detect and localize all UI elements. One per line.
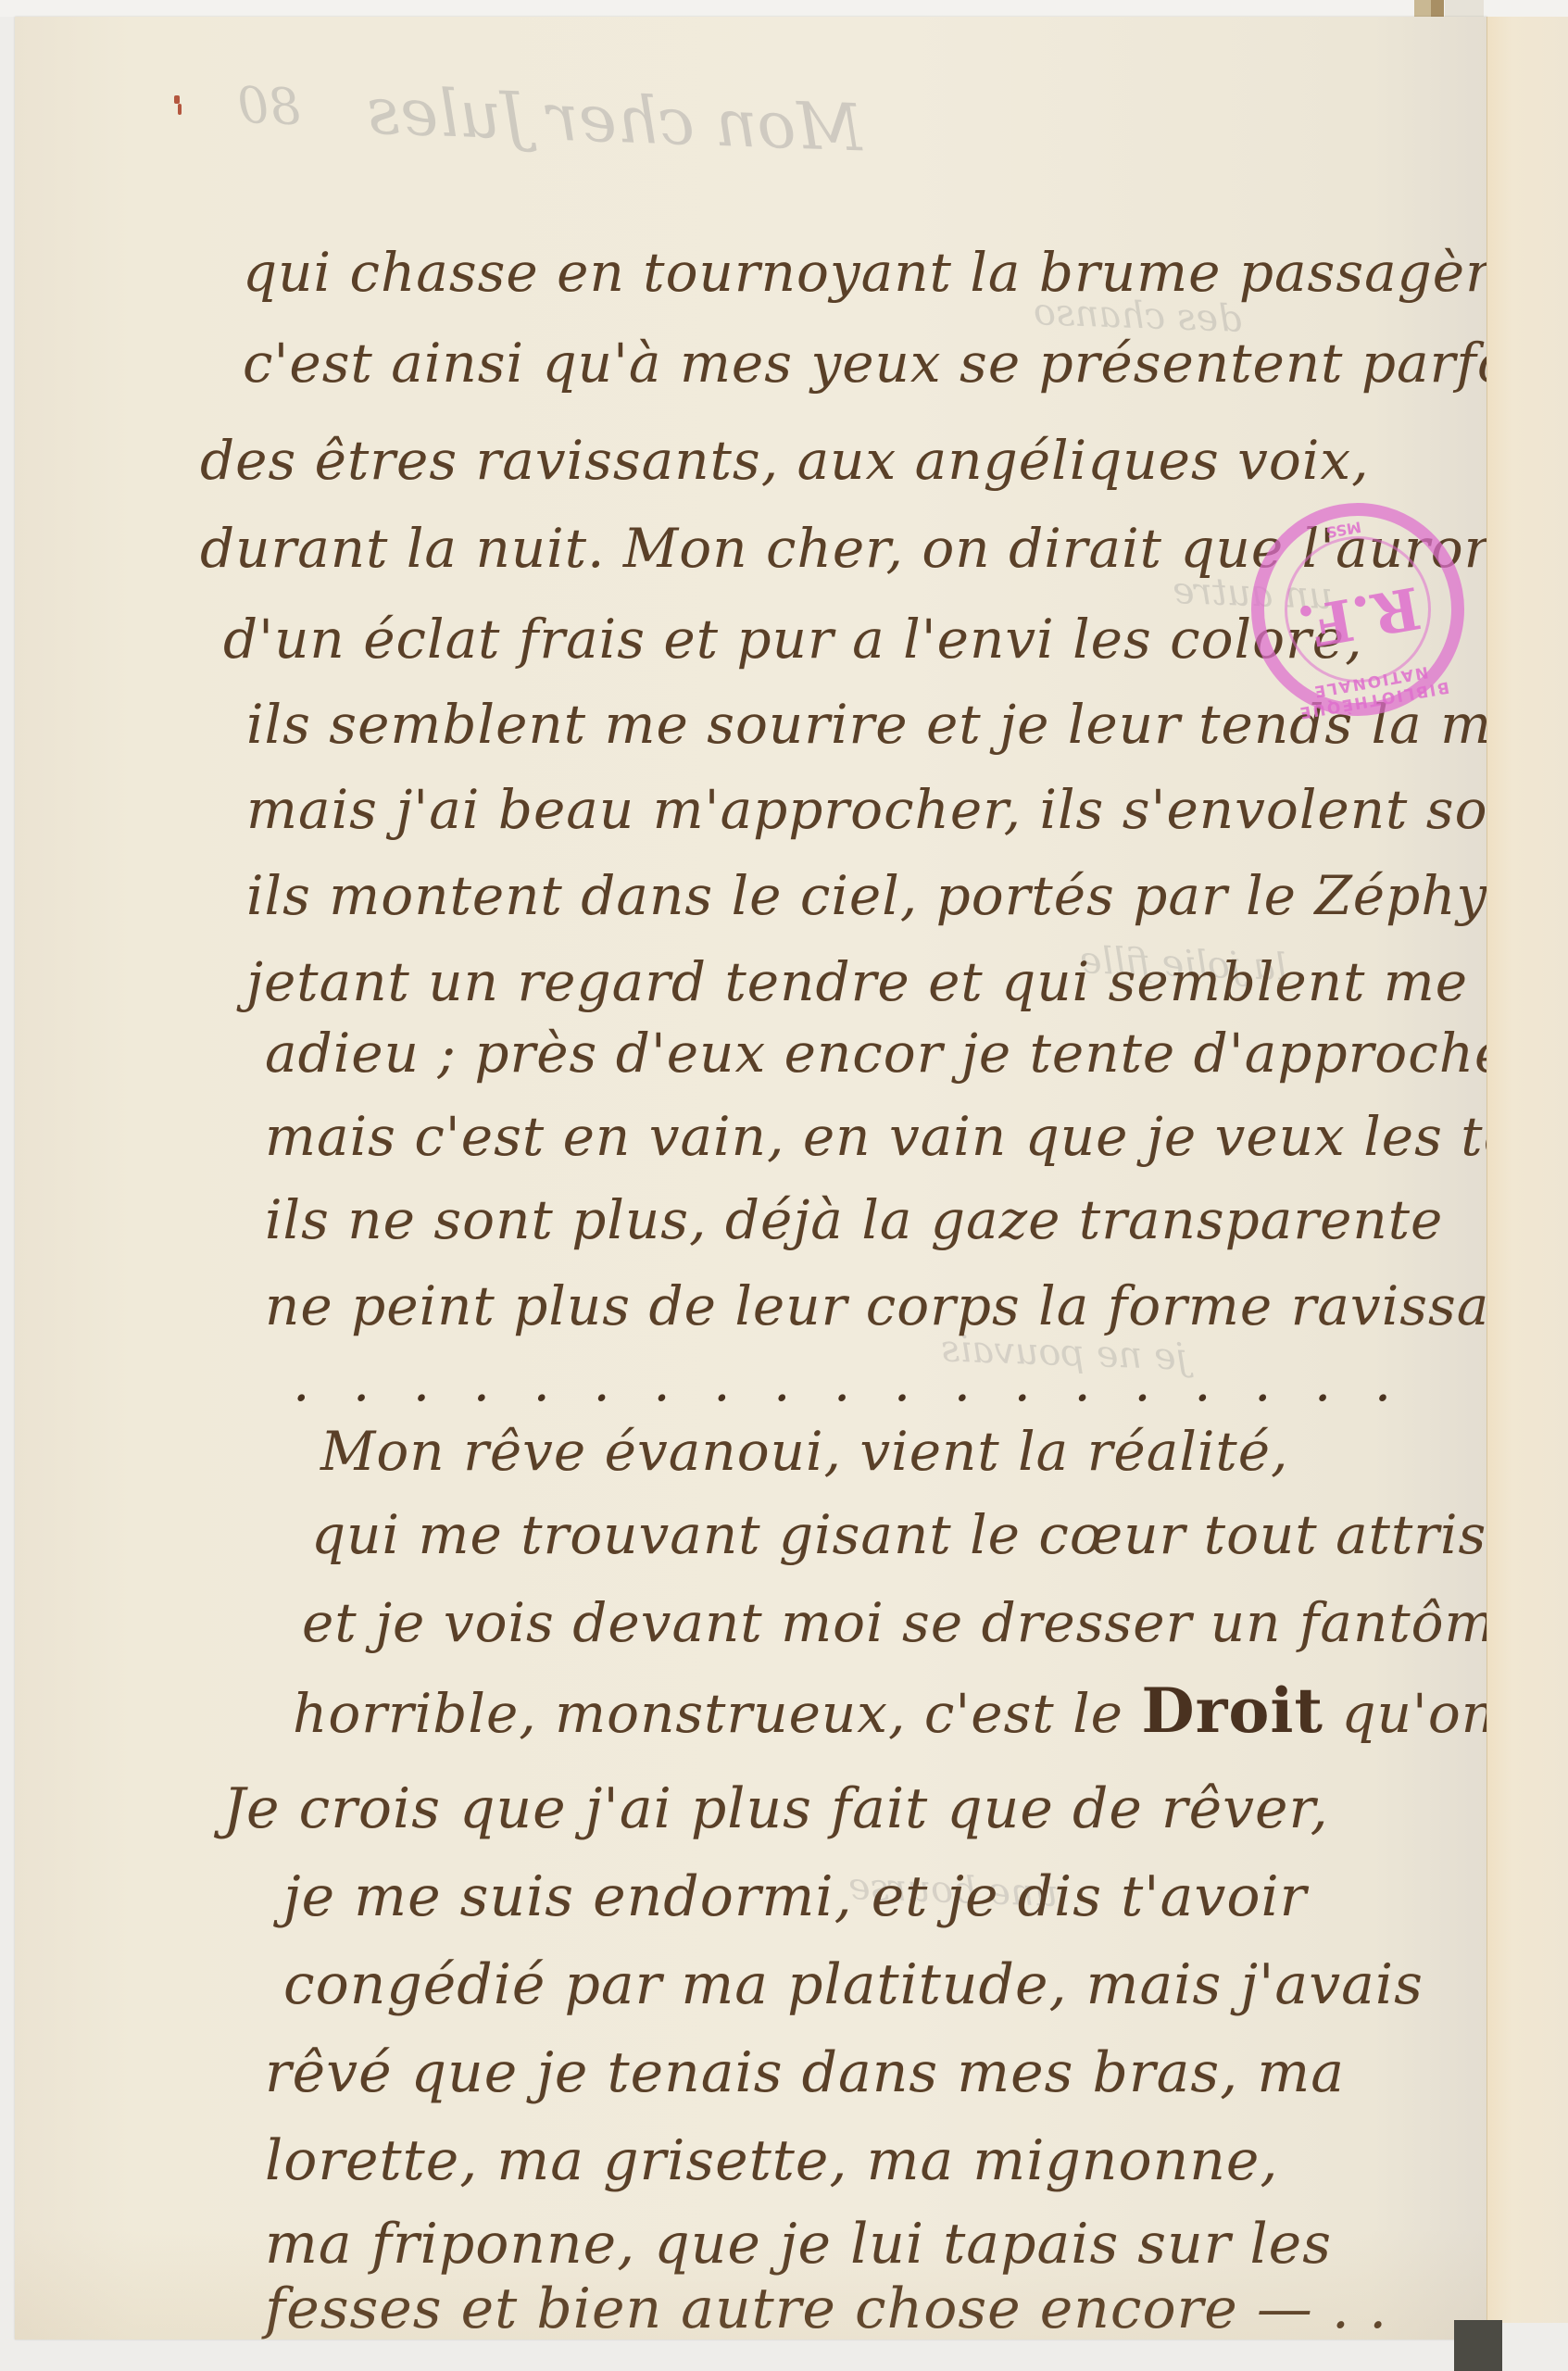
manuscript-line: qui chasse en tournoyant la brume passag… bbox=[243, 241, 1543, 304]
scan-holder-strip bbox=[1454, 2320, 1502, 2371]
emphasized-word: Droit bbox=[1141, 1675, 1323, 1747]
manuscript-line: fesses et bien autre chose encore — . . bbox=[265, 2277, 1387, 2341]
ellipsis-separator: . . . . . . . . . . . . . . . . . . . bbox=[293, 1350, 1404, 1413]
manuscript-line: des êtres ravissants, aux angéliques voi… bbox=[200, 429, 1370, 492]
manuscript-line: rêvé que je tenais dans mes bras, ma bbox=[265, 2040, 1345, 2105]
manuscript-line: lorette, ma grisette, ma mignonne, bbox=[265, 2128, 1278, 2193]
binding-tab bbox=[1431, 0, 1444, 19]
manuscript-line: je me suis endormi, et je dis t'avoir bbox=[283, 1864, 1307, 1929]
scan-top-margin bbox=[0, 0, 1568, 17]
bleed-through-folio: 80 bbox=[236, 76, 302, 136]
manuscript-line: d'un éclat frais et pur a l'envi les col… bbox=[223, 608, 1363, 671]
manuscript-line: c'est ainsi qu'à mes yeux se présentent … bbox=[243, 332, 1557, 395]
manuscript-line: jetant un regard tendre et qui semblent … bbox=[246, 950, 1568, 1013]
manuscript-line: mais c'est en vain, en vain que je veux … bbox=[265, 1105, 1568, 1168]
manuscript-line: et je vois devant moi se dresser un fant… bbox=[302, 1591, 1529, 1654]
manuscript-line: mais j'ai beau m'approcher, ils s'envole… bbox=[246, 778, 1568, 841]
manuscript-line: congédié par ma platitude, mais j'avais bbox=[283, 1952, 1424, 2017]
adjacent-page-edge bbox=[1486, 17, 1568, 2323]
manuscript-line: Je crois que j'ai plus fait que de rêver… bbox=[223, 1776, 1329, 1841]
manuscript-line: ils ne sont plus, déjà la gaze transpare… bbox=[265, 1188, 1443, 1251]
line-text: horrible, monstrueux, c'est le bbox=[293, 1682, 1141, 1745]
binding-tab bbox=[1445, 0, 1484, 19]
manuscript-line: ma friponne, que je lui tapais sur les bbox=[265, 2212, 1332, 2277]
manuscript-line: adieu ; près d'eux encor je tente d'appr… bbox=[265, 1022, 1534, 1085]
manuscript-line: ils montent dans le ciel, portés par le … bbox=[246, 864, 1514, 927]
manuscript-page: 80 Mon cher Jules des chanso un autre la… bbox=[15, 17, 1487, 2340]
bleed-through-salutation: Mon cher Jules bbox=[366, 73, 864, 167]
manuscript-line: horrible, monstrueux, c'est le Droit qu'… bbox=[293, 1675, 1568, 1747]
red-ink-mark bbox=[174, 95, 183, 116]
manuscript-line: qui me trouvant gisant le cœur tout attr… bbox=[311, 1503, 1560, 1566]
manuscript-line: Mon rêve évanoui, vient la réalité, bbox=[320, 1420, 1289, 1483]
manuscript-line: ne peint plus de leur corps la forme rav… bbox=[265, 1274, 1568, 1337]
